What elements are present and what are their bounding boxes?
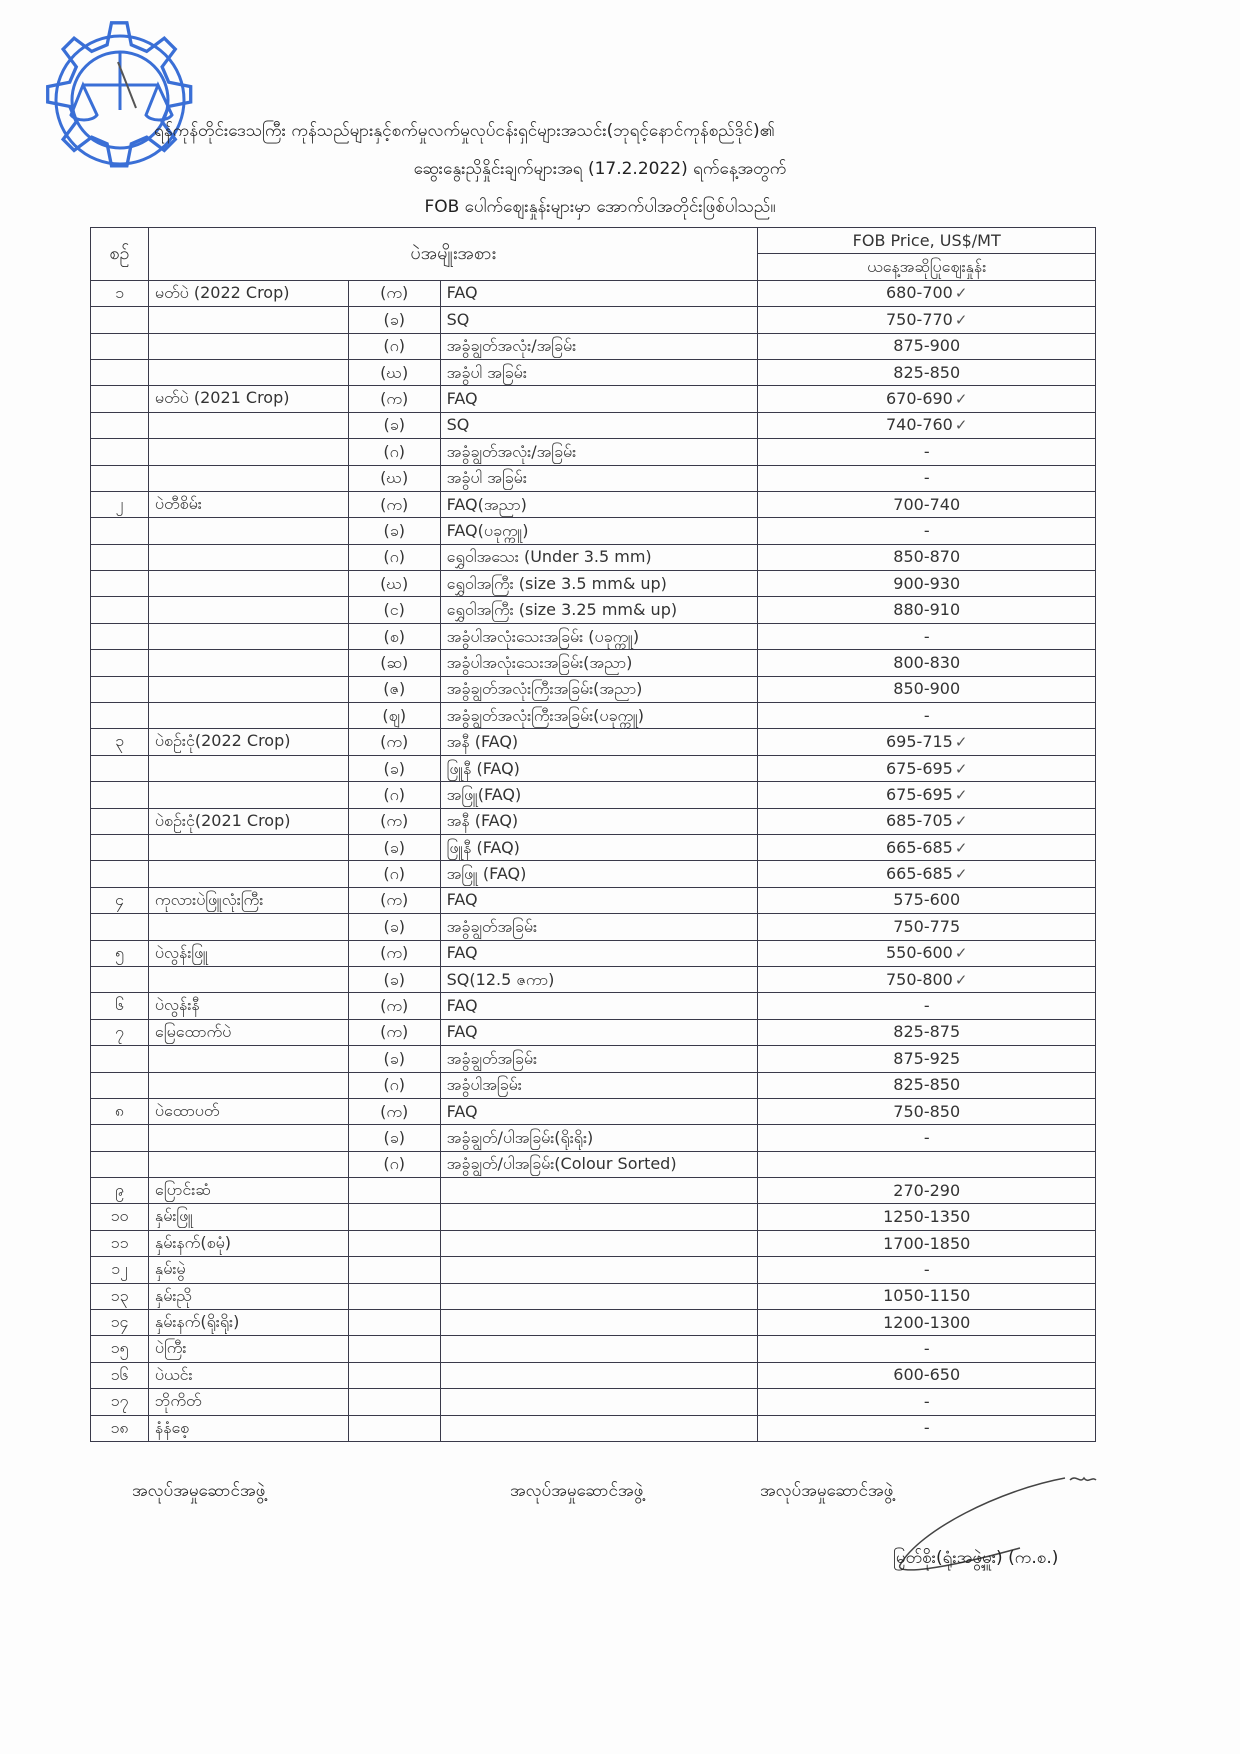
check-mark-icon: ✓ [955, 839, 968, 857]
grade-description [440, 1178, 758, 1204]
price-value: 800-830 [893, 653, 960, 672]
price-cell: 680-700✓ [758, 280, 1096, 306]
grade-description [440, 1310, 758, 1336]
grade-description: ဖြူနီ (FAQ) [440, 834, 758, 860]
grade-label: (ခ) [348, 834, 440, 860]
commodity-name: ပဲစဉ်းငုံ(2022 Crop) [148, 729, 348, 755]
commodity-name: မတ်ပဲ (2021 Crop) [148, 386, 348, 412]
price-cell: 600-650 [758, 1362, 1096, 1388]
row-number [91, 465, 149, 491]
grade-description: အခွံပါအလုံးသေးအခြမ်း (ပခုက္ကူ) [440, 623, 758, 649]
row-number [91, 914, 149, 940]
price-value: 825-875 [893, 1022, 960, 1041]
price-value: 750-800 [886, 970, 953, 989]
price-value: 825-850 [893, 363, 960, 382]
price-value: 665-685 [886, 838, 953, 857]
commodity-name [148, 966, 348, 992]
table-row: ၁၆ပဲယင်း600-650 [91, 1362, 1096, 1388]
row-number: ၇ [91, 1019, 149, 1045]
commodity-name [148, 1125, 348, 1151]
row-number [91, 755, 149, 781]
grade-label: (ခ) [348, 307, 440, 333]
commodity-name: ဘိုကိတ် [148, 1389, 348, 1415]
check-mark-icon: ✓ [955, 416, 968, 434]
row-number [91, 412, 149, 438]
table-row: ၉ပြောင်းဆံ270-290 [91, 1178, 1096, 1204]
price-value: 900-930 [893, 574, 960, 593]
price-value: 1250-1350 [883, 1207, 970, 1226]
row-number [91, 1046, 149, 1072]
grade-label: (ခ) [348, 518, 440, 544]
grade-label: (ဃ) [348, 571, 440, 597]
row-number: ၃ [91, 729, 149, 755]
grade-description: အဖြူ (FAQ) [440, 861, 758, 887]
grade-description: ရွှေဝါအကြီး (size 3.25 mm& up) [440, 597, 758, 623]
row-number [91, 623, 149, 649]
price-value: 685-705 [886, 811, 953, 830]
price-cell [758, 1151, 1096, 1177]
price-cell: 1050-1150 [758, 1283, 1096, 1309]
table-row: (ဇ)အခွံချွတ်အလုံးကြီးအခြမ်း(အညာ)850-900 [91, 676, 1096, 702]
header-type: ပဲအမျိုးအစား [148, 228, 758, 281]
price-cell: - [758, 1415, 1096, 1441]
grade-label: (ဆ) [348, 650, 440, 676]
price-value: - [924, 706, 930, 725]
grade-label: (ဂ) [348, 861, 440, 887]
grade-label [348, 1257, 440, 1283]
grade-description [440, 1389, 758, 1415]
table-row: ၁၀နှမ်းဖြူ1250-1350 [91, 1204, 1096, 1230]
price-cell: - [758, 623, 1096, 649]
grade-label: (က) [348, 491, 440, 517]
price-value: 670-690 [886, 389, 953, 408]
table-row: ၇မြေထောက်ပဲ(က)FAQ825-875 [91, 1019, 1096, 1045]
row-number [91, 359, 149, 385]
price-value: 740-760 [886, 415, 953, 434]
row-number: ၁၃ [91, 1283, 149, 1309]
row-number: ၁၄ [91, 1310, 149, 1336]
grade-description: အခွံပါအခြမ်း [440, 1072, 758, 1098]
row-number [91, 676, 149, 702]
grade-description [440, 1283, 758, 1309]
table-row: ၁၃နှမ်းညို1050-1150 [91, 1283, 1096, 1309]
commodity-name: နှမ်းမွဲ [148, 1257, 348, 1283]
price-value: 1700-1850 [883, 1234, 970, 1253]
row-number: ၈ [91, 1098, 149, 1124]
price-cell: - [758, 1389, 1096, 1415]
price-cell: 750-800✓ [758, 966, 1096, 992]
table-row: (ဂ)အခွံချွတ်အလုံး/အခြမ်း- [91, 439, 1096, 465]
table-row: (ဈ)အခွံချွတ်အလုံးကြီးအခြမ်း(ပခုက္ကူ)- [91, 703, 1096, 729]
price-value: 665-685 [886, 864, 953, 883]
row-number [91, 518, 149, 544]
price-cell: 825-875 [758, 1019, 1096, 1045]
price-cell: 1250-1350 [758, 1204, 1096, 1230]
table-row: (ဂ)အဖြူ(FAQ)675-695✓ [91, 782, 1096, 808]
price-cell: - [758, 439, 1096, 465]
commodity-name: ပဲထောပတ် [148, 1098, 348, 1124]
grade-description: အခွံချွတ်/ပါအခြမ်း(ရိုးရိုး) [440, 1125, 758, 1151]
grade-label: (က) [348, 993, 440, 1019]
table-row: (ဂ)အဖြူ (FAQ)665-685✓ [91, 861, 1096, 887]
grade-description [440, 1204, 758, 1230]
price-value: - [924, 1339, 930, 1358]
table-row: ၄ကုလားပဲဖြူလုံးကြီး(က)FAQ575-600 [91, 887, 1096, 913]
price-value: 850-900 [893, 679, 960, 698]
grade-label [348, 1310, 440, 1336]
price-cell: 675-695✓ [758, 755, 1096, 781]
price-cell: 270-290 [758, 1178, 1096, 1204]
table-row: ၁၁နှမ်းနက်(စမုံ)1700-1850 [91, 1230, 1096, 1256]
row-number [91, 650, 149, 676]
grade-label: (ဂ) [348, 1072, 440, 1098]
price-value: - [924, 1260, 930, 1279]
price-value: - [924, 1392, 930, 1411]
price-cell: 800-830 [758, 650, 1096, 676]
grade-description: အခွံချွတ်အလုံးကြီးအခြမ်း(အညာ) [440, 676, 758, 702]
table-row: (ခ)အခွံချွတ်/ပါအခြမ်း(ရိုးရိုး)- [91, 1125, 1096, 1151]
row-number [91, 1151, 149, 1177]
grade-description [440, 1362, 758, 1388]
grade-label: (ခ) [348, 1046, 440, 1072]
commodity-name [148, 359, 348, 385]
table-row: (ခ)အခွံချွတ်အခြမ်း750-775 [91, 914, 1096, 940]
price-cell: - [758, 1257, 1096, 1283]
grade-label: (င) [348, 597, 440, 623]
price-cell: 550-600✓ [758, 940, 1096, 966]
row-number: ၁၆ [91, 1362, 149, 1388]
commodity-name [148, 1072, 348, 1098]
commodity-name [148, 571, 348, 597]
grade-label: (စ) [348, 623, 440, 649]
row-number [91, 1072, 149, 1098]
price-cell: 750-770✓ [758, 307, 1096, 333]
header-line-2: ဆွေးနွေးညှိနှိုင်းချက်များအရ (17.2.2022)… [140, 150, 1060, 188]
price-value: 675-695 [886, 785, 953, 804]
table-row: (ဂ)ရွှေဝါအသေး (Under 3.5 mm)850-870 [91, 544, 1096, 570]
price-value: 270-290 [893, 1181, 960, 1200]
price-value: - [924, 996, 930, 1015]
grade-label: (က) [348, 1098, 440, 1124]
committee-label-2: အလုပ်အမှုဆောင်အဖွဲ့ [510, 1480, 643, 1505]
price-cell: 575-600 [758, 887, 1096, 913]
commodity-name: နှမ်းနက်(စမုံ) [148, 1230, 348, 1256]
grade-label: (က) [348, 280, 440, 306]
row-number: ၆ [91, 993, 149, 1019]
document-header: ရန်ကုန်တိုင်းဒေသကြီး ကုန်သည်များနှင့်စက်… [140, 112, 1060, 226]
table-row: (ဂ)အခွံချွတ်အလုံး/အခြမ်း875-900 [91, 333, 1096, 359]
price-value: 680-700 [886, 283, 953, 302]
check-mark-icon: ✓ [955, 786, 968, 804]
signatory-name: မြတ်စိုး(ရုံးအဖွဲ့မှူး) (က.စ.) [893, 1547, 1058, 1572]
row-number [91, 834, 149, 860]
table-row: ၁၂နှမ်းမွဲ- [91, 1257, 1096, 1283]
commodity-name [148, 861, 348, 887]
commodity-name [148, 755, 348, 781]
grade-label: (ဃ) [348, 359, 440, 385]
header-line-1: ရန်ကုန်တိုင်းဒေသကြီး ကုန်သည်များနှင့်စက်… [140, 112, 1060, 150]
commodity-name: နှမ်းညို [148, 1283, 348, 1309]
row-number [91, 703, 149, 729]
grade-description: FAQ [440, 940, 758, 966]
grade-label [348, 1204, 440, 1230]
price-cell: - [758, 1336, 1096, 1362]
grade-description: အခွံချွတ်အလုံးကြီးအခြမ်း(ပခုက္ကူ) [440, 703, 758, 729]
commodity-name: နံနံစေ့ [148, 1415, 348, 1441]
commodity-name: ပဲတီစိမ်း [148, 491, 348, 517]
table-row: (ဂ)အခွံချွတ်/ပါအခြမ်း(Colour Sorted) [91, 1151, 1096, 1177]
grade-description: အနီ (FAQ) [440, 808, 758, 834]
row-number [91, 544, 149, 570]
price-cell: 740-760✓ [758, 412, 1096, 438]
row-number: ၂ [91, 491, 149, 517]
price-cell: - [758, 703, 1096, 729]
row-number: ၉ [91, 1178, 149, 1204]
check-mark-icon: ✓ [955, 311, 968, 329]
check-mark-icon: ✓ [955, 390, 968, 408]
row-number [91, 861, 149, 887]
row-number: ၁၁ [91, 1230, 149, 1256]
check-mark-icon: ✓ [955, 865, 968, 883]
price-value: 880-910 [893, 600, 960, 619]
commodity-name [148, 465, 348, 491]
table-row: (ဃ)ရွှေဝါအကြီး (size 3.5 mm& up)900-930 [91, 571, 1096, 597]
grade-label: (ဃ) [348, 465, 440, 491]
grade-label: (ဂ) [348, 1151, 440, 1177]
price-value: 825-850 [893, 1075, 960, 1094]
table-row: ၅ပဲလွန်းဖြူ(က)FAQ550-600✓ [91, 940, 1096, 966]
grade-label [348, 1230, 440, 1256]
price-value: 695-715 [886, 732, 953, 751]
row-number: ၄ [91, 887, 149, 913]
price-cell: 875-900 [758, 333, 1096, 359]
price-table: စဉ် ပဲအမျိုးအစား FOB Price, US$/MT ယနေ့အ… [90, 227, 1096, 1442]
price-cell: 875-925 [758, 1046, 1096, 1072]
grade-description: FAQ [440, 386, 758, 412]
price-cell: 700-740 [758, 491, 1096, 517]
price-cell: 670-690✓ [758, 386, 1096, 412]
grade-description: SQ(12.5 ဇကာ) [440, 966, 758, 992]
table-row: (ခ)SQ(12.5 ဇကာ)750-800✓ [91, 966, 1096, 992]
header-price-bottom: ယနေ့အဆိုပြုဈေးနှုန်း [758, 254, 1096, 280]
commodity-name [148, 834, 348, 860]
check-mark-icon: ✓ [955, 760, 968, 778]
price-value: - [924, 627, 930, 646]
price-value: 575-600 [893, 890, 960, 909]
commodity-name [148, 914, 348, 940]
row-number [91, 571, 149, 597]
commodity-name [148, 623, 348, 649]
table-row: ၁မတ်ပဲ (2022 Crop)(က)FAQ680-700✓ [91, 280, 1096, 306]
table-row: (ဃ)အခွံပါ အခြမ်း825-850 [91, 359, 1096, 385]
table-row: ၃ပဲစဉ်းငုံ(2022 Crop)(က)အနီ (FAQ)695-715… [91, 729, 1096, 755]
grade-label: (ခ) [348, 412, 440, 438]
grade-description: အနီ (FAQ) [440, 729, 758, 755]
grade-description: အခွံချွတ်အလုံး/အခြမ်း [440, 333, 758, 359]
commodity-name [148, 333, 348, 359]
price-cell: 880-910 [758, 597, 1096, 623]
row-number: ၁ [91, 280, 149, 306]
price-cell: 665-685✓ [758, 834, 1096, 860]
grade-description: FAQ [440, 280, 758, 306]
grade-label: (က) [348, 1019, 440, 1045]
grade-description: SQ [440, 307, 758, 333]
grade-label: (ခ) [348, 755, 440, 781]
grade-description: အခွံပါအလုံးသေးအခြမ်း(အညာ) [440, 650, 758, 676]
price-cell: 825-850 [758, 1072, 1096, 1098]
price-cell: - [758, 518, 1096, 544]
price-cell: 750-775 [758, 914, 1096, 940]
table-row: ၆ပဲလွန်းနီ(က)FAQ- [91, 993, 1096, 1019]
grade-label: (ဈ) [348, 703, 440, 729]
price-value: - [924, 468, 930, 487]
row-number [91, 808, 149, 834]
commodity-name [148, 650, 348, 676]
row-number: ၁၂ [91, 1257, 149, 1283]
commodity-name [148, 1151, 348, 1177]
table-row: ပဲစဉ်းငုံ(2021 Crop)(က)အနီ (FAQ)685-705✓ [91, 808, 1096, 834]
price-cell: 850-900 [758, 676, 1096, 702]
row-number [91, 333, 149, 359]
commodity-name [148, 518, 348, 544]
grade-description: ရွှေဝါအသေး (Under 3.5 mm) [440, 544, 758, 570]
grade-description: FAQ(ပခုက္ကူ) [440, 518, 758, 544]
check-mark-icon: ✓ [955, 733, 968, 751]
committee-label-1: အလုပ်အမှုဆောင်အဖွဲ့ [132, 1480, 265, 1505]
table-row: ၂ပဲတီစိမ်း(က)FAQ(အညာ)700-740 [91, 491, 1096, 517]
grade-label [348, 1389, 440, 1415]
row-number: ၁၇ [91, 1389, 149, 1415]
price-value: 750-850 [893, 1102, 960, 1121]
grade-description: အခွံချွတ်/ပါအခြမ်း(Colour Sorted) [440, 1151, 758, 1177]
grade-label: (ခ) [348, 914, 440, 940]
check-mark-icon: ✓ [955, 284, 968, 302]
commodity-name [148, 1046, 348, 1072]
price-cell: 825-850 [758, 359, 1096, 385]
price-value: 600-650 [893, 1365, 960, 1384]
row-number [91, 782, 149, 808]
commodity-name [148, 544, 348, 570]
price-value: 550-600 [886, 943, 953, 962]
commodity-name [148, 439, 348, 465]
grade-description [440, 1336, 758, 1362]
price-cell: 750-850 [758, 1098, 1096, 1124]
price-value: - [924, 1418, 930, 1437]
price-cell: 665-685✓ [758, 861, 1096, 887]
price-value: - [924, 1128, 930, 1147]
commodity-name: ပဲလွန်းနီ [148, 993, 348, 1019]
table-row: (ခ)FAQ(ပခုက္ကူ)- [91, 518, 1096, 544]
price-value: 1200-1300 [883, 1313, 970, 1332]
commodity-name: ကုလားပဲဖြူလုံးကြီး [148, 887, 348, 913]
row-number [91, 1125, 149, 1151]
grade-description: ဖြူနီ (FAQ) [440, 755, 758, 781]
check-mark-icon: ✓ [955, 812, 968, 830]
grade-description [440, 1415, 758, 1441]
header-line-3: FOB ပေါက်ဈေးနှုန်းများမှာ အောက်ပါအတိုင်း… [140, 188, 1060, 226]
commodity-name: ပြောင်းဆံ [148, 1178, 348, 1204]
table-row: ၁၈နံနံစေ့- [91, 1415, 1096, 1441]
commodity-name: မြေထောက်ပဲ [148, 1019, 348, 1045]
commodity-name [148, 412, 348, 438]
price-value: 875-925 [893, 1049, 960, 1068]
header-no: စဉ် [91, 228, 149, 281]
grade-label: (ခ) [348, 966, 440, 992]
table-row: (ခ)ဖြူနီ (FAQ)665-685✓ [91, 834, 1096, 860]
table-row: (ခ)SQ740-760✓ [91, 412, 1096, 438]
header-price-top: FOB Price, US$/MT [758, 228, 1096, 254]
grade-description: အခွံချွတ်အခြမ်း [440, 914, 758, 940]
table-row: (ဃ)အခွံပါ အခြမ်း- [91, 465, 1096, 491]
grade-description: အခွံပါ အခြမ်း [440, 359, 758, 385]
grade-label: (ဇ) [348, 676, 440, 702]
grade-description: FAQ [440, 1098, 758, 1124]
price-cell: 850-870 [758, 544, 1096, 570]
price-value: 850-870 [893, 547, 960, 566]
price-cell: - [758, 1125, 1096, 1151]
grade-label: (က) [348, 808, 440, 834]
table-row: (င)ရွှေဝါအကြီး (size 3.25 mm& up)880-910 [91, 597, 1096, 623]
commodity-name [148, 307, 348, 333]
committee-label-3: အလုပ်အမှုဆောင်အဖွဲ့ [760, 1480, 893, 1505]
row-number [91, 597, 149, 623]
grade-label: (ဂ) [348, 333, 440, 359]
commodity-name [148, 676, 348, 702]
price-value: 875-900 [893, 336, 960, 355]
price-value: - [924, 442, 930, 461]
grade-label: (က) [348, 887, 440, 913]
row-number [91, 386, 149, 412]
grade-description: အခွံပါ အခြမ်း [440, 465, 758, 491]
price-cell: 900-930 [758, 571, 1096, 597]
grade-description: အခွံချွတ်အလုံး/အခြမ်း [440, 439, 758, 465]
price-cell: - [758, 465, 1096, 491]
commodity-name: နှမ်းနက်(ရိုးရိုး) [148, 1310, 348, 1336]
price-value: 1050-1150 [883, 1286, 970, 1305]
table-row: ၁၄နှမ်းနက်(ရိုးရိုး)1200-1300 [91, 1310, 1096, 1336]
grade-description: ရွှေဝါအကြီး (size 3.5 mm& up) [440, 571, 758, 597]
grade-label [348, 1336, 440, 1362]
grade-description: FAQ [440, 1019, 758, 1045]
grade-label: (ဂ) [348, 782, 440, 808]
table-row: (ဆ)အခွံပါအလုံးသေးအခြမ်း(အညာ)800-830 [91, 650, 1096, 676]
price-value: 675-695 [886, 759, 953, 778]
row-number: ၁၅ [91, 1336, 149, 1362]
table-row: (ခ)အခွံချွတ်အခြမ်း875-925 [91, 1046, 1096, 1072]
grade-label [348, 1362, 440, 1388]
grade-description: FAQ [440, 993, 758, 1019]
commodity-name: ပဲစဉ်းငုံ(2021 Crop) [148, 808, 348, 834]
grade-label: (က) [348, 940, 440, 966]
table-row: မတ်ပဲ (2021 Crop)(က)FAQ670-690✓ [91, 386, 1096, 412]
row-number [91, 307, 149, 333]
table-row: ၁၇ဘိုကိတ်- [91, 1389, 1096, 1415]
grade-description [440, 1230, 758, 1256]
grade-label [348, 1178, 440, 1204]
price-cell: 1200-1300 [758, 1310, 1096, 1336]
commodity-name [148, 597, 348, 623]
grade-description: အခွံချွတ်အခြမ်း [440, 1046, 758, 1072]
table-row: (ဂ)အခွံပါအခြမ်း825-850 [91, 1072, 1096, 1098]
grade-label: (က) [348, 386, 440, 412]
table-row: ၁၅ပဲကြီး- [91, 1336, 1096, 1362]
grade-description: အဖြူ(FAQ) [440, 782, 758, 808]
grade-label [348, 1415, 440, 1441]
row-number: ၁၈ [91, 1415, 149, 1441]
grade-label: (က) [348, 729, 440, 755]
row-number [91, 439, 149, 465]
price-value: 750-770 [886, 310, 953, 329]
